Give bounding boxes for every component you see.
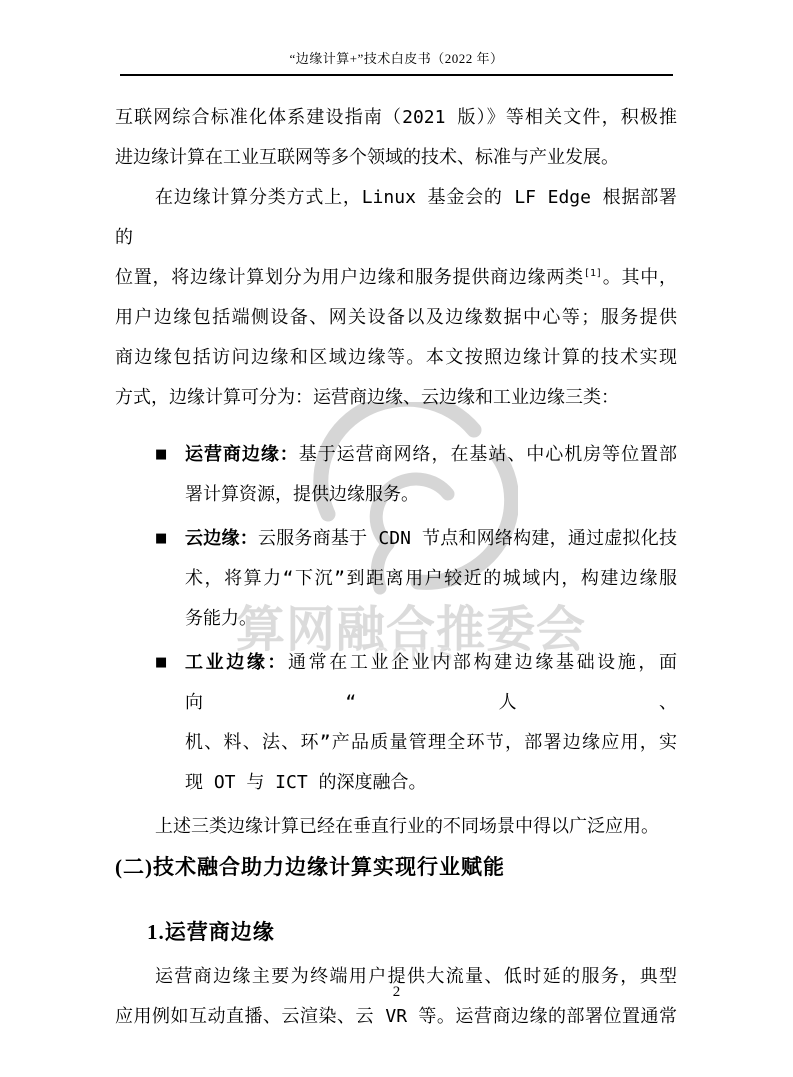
bullet-text: 云服务商基于 CDN 节点和网络构建，通过虚拟化技	[258, 528, 677, 549]
sub-heading: 1.运营商边缘	[115, 912, 677, 952]
bullet-item-industrial-edge: ■ 工业边缘：通常在工业企业内部构建边缘基础设施，面向“人、 机、料、法、环”产…	[115, 643, 677, 803]
document-body: 互联网综合标准化体系建设指南（2021 版）》等相关文件，积极推 进边缘计算在工…	[115, 98, 677, 1037]
paragraph-line-with-footnote: 位置，将边缘计算划分为用户边缘和服务提供商边缘两类[1]。其中，	[115, 258, 677, 298]
header-title: “边缘计算+”技术白皮书（2022 年）	[289, 51, 503, 66]
bullet-item-cloud-edge: ■ 云边缘：云服务商基于 CDN 节点和网络构建，通过虚拟化技 术，将算力“下沉…	[115, 519, 677, 639]
paragraph-line: 互联网综合标准化体系建设指南（2021 版）》等相关文件，积极推	[115, 98, 677, 138]
bullet-square-icon: ■	[155, 435, 167, 475]
bullet-line: 术，将算力“下沉”到距离用户较近的城域内，构建边缘服	[185, 559, 677, 599]
bullet-line: 务能力。	[185, 599, 677, 639]
bullet-line: 署计算资源，提供边缘服务。	[185, 475, 677, 515]
bullet-square-icon: ■	[155, 519, 167, 559]
bullet-line: 机、料、法、环”产品质量管理全环节，部署边缘应用，实	[185, 723, 677, 763]
paragraph-line: 商边缘包括访问边缘和区域边缘等。本文按照边缘计算的技术实现	[115, 338, 677, 378]
section-heading: (二)技术融合助力边缘计算实现行业赋能	[115, 847, 677, 887]
paragraph-line: 进边缘计算在工业互联网等多个领域的技术、标准与产业发展。	[115, 138, 677, 178]
page-footer: 2	[0, 984, 793, 1001]
document-page: 算网融合推委会 CCNIS “边缘计算+”技术白皮书（2022 年） 互联网综合…	[0, 0, 793, 1077]
paragraph-line: 上述三类边缘计算已经在垂直行业的不同场景中得以广泛应用。	[115, 807, 677, 847]
paragraph-line: 用户边缘包括端侧设备、网关设备以及边缘数据中心等；服务提供	[115, 298, 677, 338]
bullet-label: 云边缘：	[185, 528, 258, 549]
paragraph-text: 。其中，	[602, 267, 677, 288]
page-header: “边缘计算+”技术白皮书（2022 年）	[0, 48, 793, 67]
header-rule	[120, 74, 673, 76]
bullet-line: 云边缘：云服务商基于 CDN 节点和网络构建，通过虚拟化技	[185, 519, 677, 559]
footnote-reference: [1]	[584, 268, 602, 279]
paragraph-text: 位置，将边缘计算划分为用户边缘和服务提供商边缘两类	[115, 267, 584, 288]
bullet-label: 运营商边缘：	[185, 444, 299, 465]
bullet-text: 基于运营商网络，在基站、中心机房等位置部	[299, 444, 677, 465]
page-number: 2	[393, 984, 401, 1000]
bullet-line: 运营商边缘：基于运营商网络，在基站、中心机房等位置部	[185, 435, 677, 475]
bullet-list: ■ 运营商边缘：基于运营商网络，在基站、中心机房等位置部 署计算资源，提供边缘服…	[115, 435, 677, 803]
paragraph-line: 方式，边缘计算可分为：运营商边缘、云边缘和工业边缘三类：	[115, 378, 677, 418]
bullet-label: 工业边缘：	[185, 652, 288, 673]
bullet-line: 工业边缘：通常在工业企业内部构建边缘基础设施，面向“人、	[185, 643, 677, 723]
bullet-square-icon: ■	[155, 643, 167, 683]
paragraph-line: 应用例如互动直播、云渲染、云 VR 等。运营商边缘的部署位置通常	[115, 997, 677, 1037]
bullet-item-operator-edge: ■ 运营商边缘：基于运营商网络，在基站、中心机房等位置部 署计算资源，提供边缘服…	[115, 435, 677, 515]
paragraph-line: 在边缘计算分类方式上，Linux 基金会的 LF Edge 根据部署的	[115, 178, 677, 258]
bullet-line: 现 OT 与 ICT 的深度融合。	[185, 763, 677, 803]
